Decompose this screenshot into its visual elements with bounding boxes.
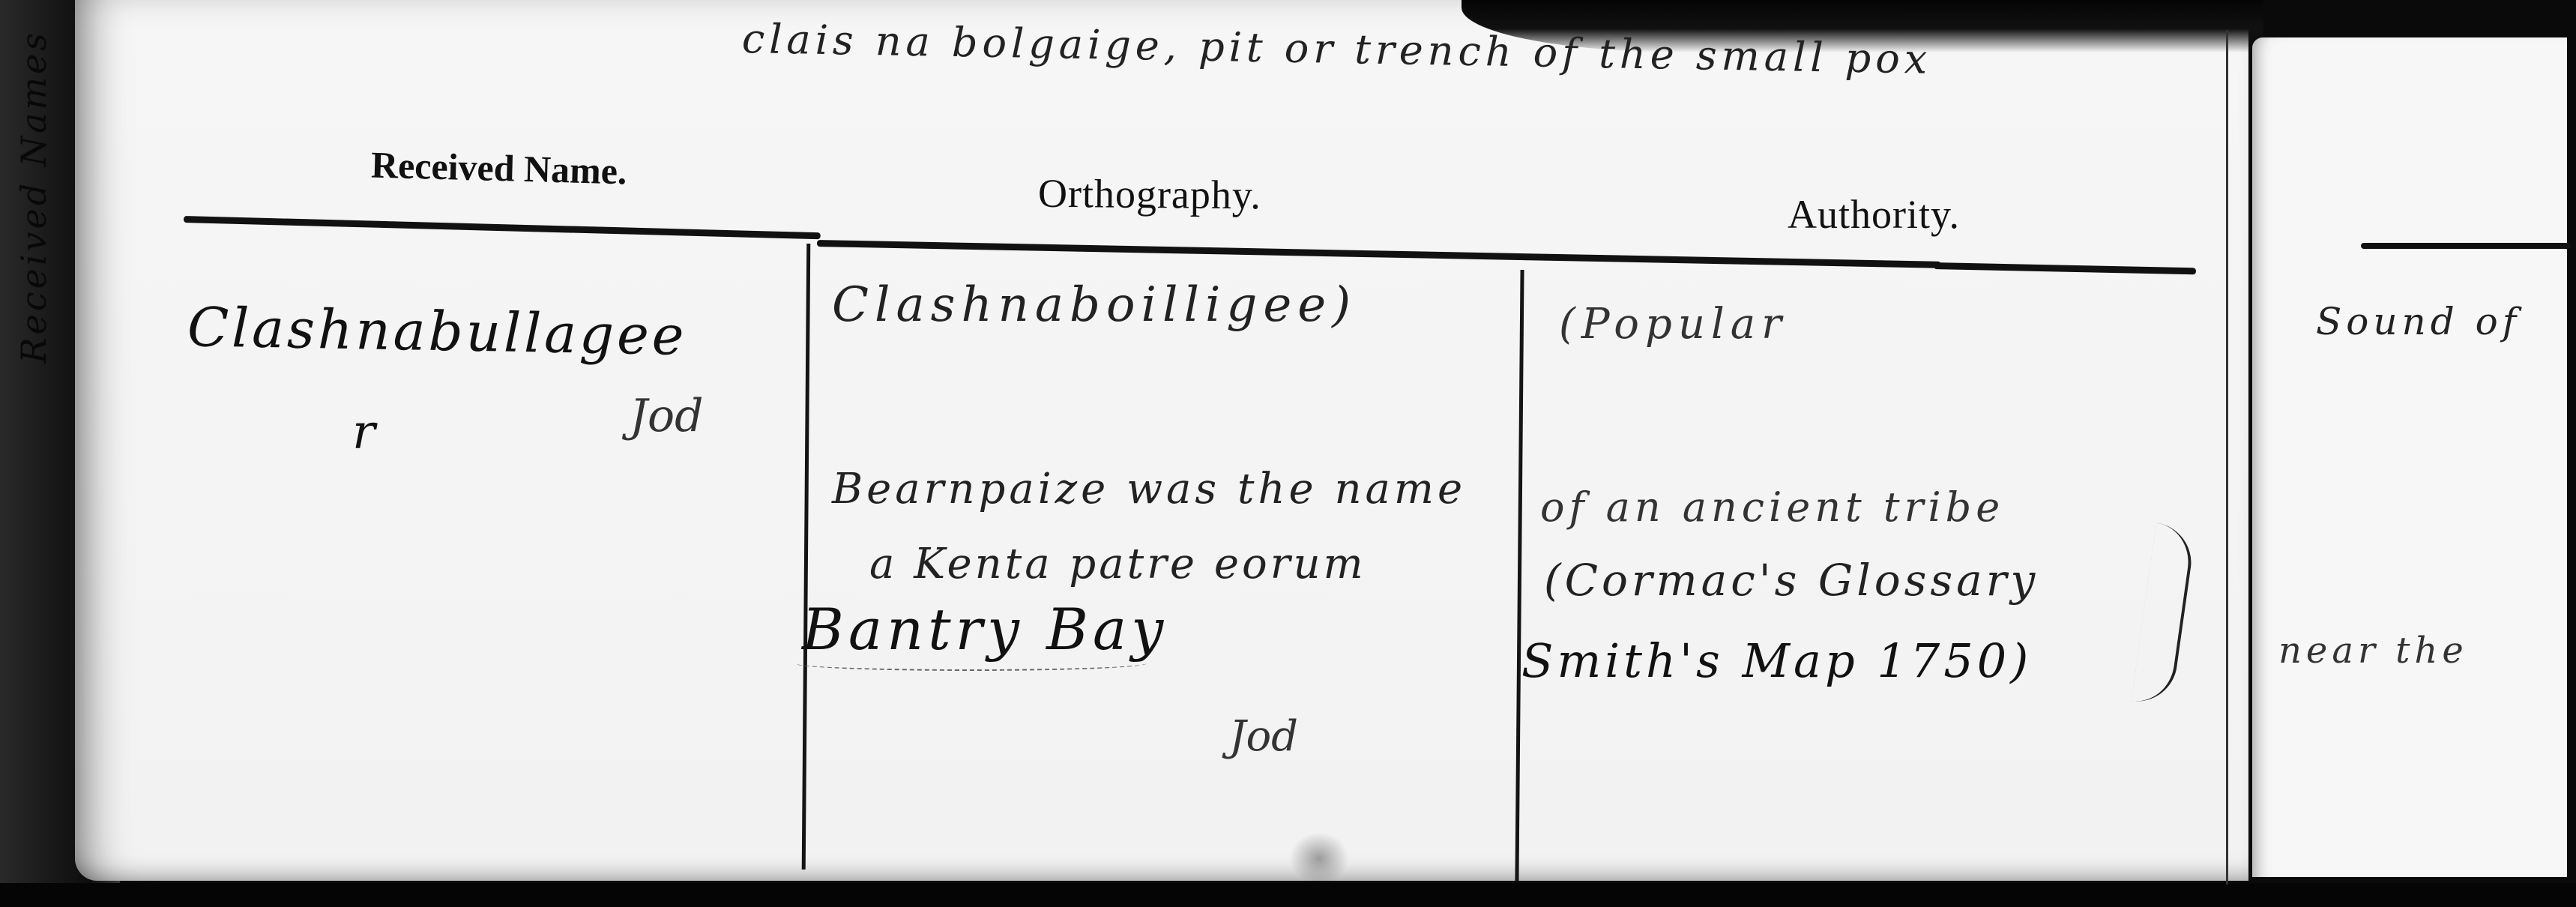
column-header-orthography: Orthography. — [1038, 170, 1261, 219]
received-name-initials: Jod — [630, 390, 704, 442]
facing-page-text: Sound of — [2316, 300, 2521, 343]
page-edge — [2226, 30, 2228, 885]
orthography-note: a Kenta patre eorum — [869, 540, 1366, 588]
orthography-place: Bantry Bay — [802, 596, 1168, 663]
facing-page-text: near the — [2278, 630, 2468, 672]
authority-note: of an ancient tribe — [1540, 483, 2004, 531]
place-underline — [794, 656, 1147, 671]
orthography-entry: Clashnaboilligee) — [832, 277, 1357, 333]
orthography-note: Bearnpaize was the name — [832, 465, 1466, 513]
facing-page-rule — [2361, 243, 2571, 249]
name-book-page — [75, 0, 2248, 881]
authority-note: Smith's Map 1750) — [1521, 633, 2032, 688]
column-header-authority: Authority. — [1788, 191, 1960, 238]
ink-smudge — [1289, 832, 1349, 885]
scan-bottom-edge — [0, 883, 2576, 907]
authority-note: (Cormac's Glossary — [1544, 555, 2039, 606]
authority-entry: (Popular — [1559, 300, 1788, 349]
column-header-received-name: Received Name. — [370, 143, 627, 193]
facing-page — [2252, 37, 2567, 877]
received-name-mark: r — [352, 405, 375, 460]
orthography-initials: Jod — [1229, 712, 1298, 761]
spine-label: Received Names — [13, 30, 58, 855]
received-name-entry: Clashnabullagee — [187, 295, 687, 367]
